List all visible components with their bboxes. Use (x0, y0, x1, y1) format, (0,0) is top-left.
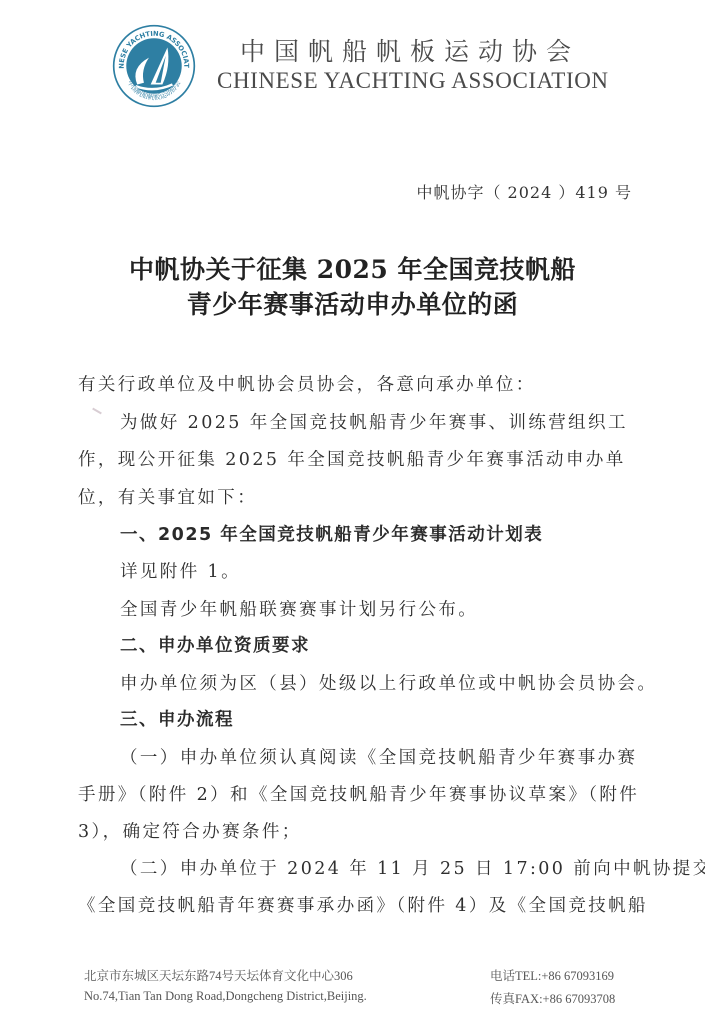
section-3-heading: 三、申办流程 (120, 706, 234, 731)
document-title-line-2: 青少年赛事活动申办单位的函 (0, 285, 705, 321)
footer-address-cn: 北京市东城区天坛东路74号天坛体育文化中心306 (84, 966, 353, 984)
section-3-item-1-line: 手册》（附件 2）和《全国竞技帆船青少年赛事协议草案》（附件 (78, 781, 639, 806)
intro-line: 作，现公开征集 2025 年全国竞技帆船青少年赛事活动申办单 (78, 446, 626, 471)
org-name-cn: 中国帆船帆板运动协会 (240, 32, 580, 68)
section-3-item-1-line: 3），确定符合办赛条件； (78, 818, 302, 843)
salutation: 有关行政单位及中帆协会员协会，各意向承办单位： (78, 371, 536, 396)
intro-line: 位，有关事宜如下： (78, 484, 257, 509)
document-number: 中帆协字（ 2024 ）419 号 (416, 180, 632, 203)
section-2-heading: 二、申办单位资质要求 (120, 632, 310, 657)
footer-address-en: No.74,Tian Tan Dong Road,Dongcheng Distr… (84, 989, 367, 1004)
intro-line: 为做好 2025 年全国竞技帆船青少年赛事、训练营组织工 (120, 409, 628, 434)
section-2-line: 申办单位须为区（县）处级以上行政单位或中帆协会员协会。 (120, 670, 657, 695)
section-3-item-1-line: （一）申办单位须认真阅读《全国竞技帆船青少年赛事办赛 (120, 744, 637, 769)
scan-mark (92, 408, 102, 415)
org-name-en: CHINESE YACHTING ASSOCIATION (217, 68, 609, 94)
section-1-heading: 一、2025 年全国竞技帆船青少年赛事活动计划表 (120, 521, 543, 546)
section-3-item-2-line: （二）申办单位于 2024 年 11 月 25 日 17:00 前向中帆协提交 (120, 855, 705, 880)
section-1-line: 全国青少年帆船联赛赛事计划另行公布。 (120, 596, 478, 621)
section-1-line: 详见附件 1。 (120, 558, 241, 583)
document-title-line-1: 中帆协关于征集 2025 年全国竞技帆船 (0, 250, 705, 286)
section-3-item-2-line: 《全国竞技帆船青年赛赛事承办函》（附件 4）及《全国竞技帆船 (78, 892, 648, 917)
footer-fax: 传真FAX:+86 67093708 (490, 989, 615, 1007)
footer-tel: 电话TEL:+86 67093169 (490, 966, 614, 984)
letterhead: CHINESE YACHTING ASSOCIATION 中国帆船帆板运动协会 … (0, 0, 705, 110)
association-logo-icon: CHINESE YACHTING ASSOCIATION 中国帆船帆板运动协会 (112, 24, 196, 108)
